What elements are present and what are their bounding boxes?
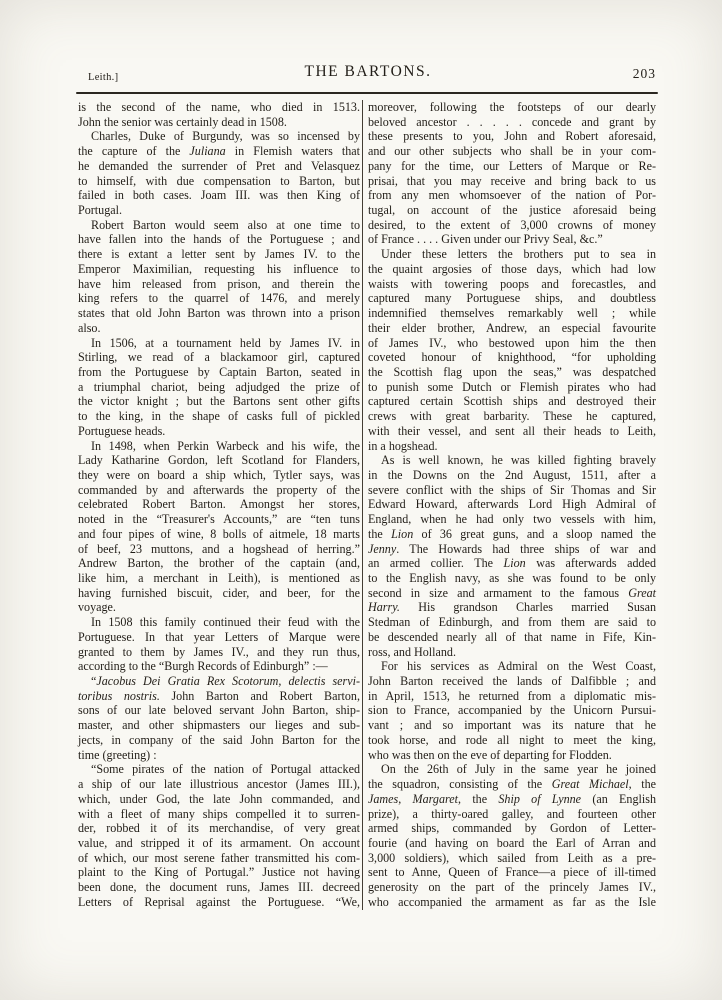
text-line: Portuguese. In that year Letters of Marq… — [78, 630, 360, 645]
paragraph: As is well known, he was killed fighting… — [368, 453, 656, 659]
text-line: waists with towering poops and forecastl… — [368, 277, 656, 292]
text-line: commanded by and afterwards the property… — [78, 483, 360, 498]
text-line: Harry. His grandson Charles married Susa… — [368, 600, 656, 615]
text-line: In 1508 this family continued their feud… — [78, 615, 360, 630]
italic-text: Margaret — [413, 792, 458, 806]
italic-text: Jacobus Dei Gratia Rex Scotorum, delecti… — [96, 674, 360, 688]
text-line: with their vessel, and sent all their he… — [368, 424, 656, 439]
text-line: who accompanied the armament as far as t… — [368, 895, 656, 910]
text-line: a ship of our late illustrious ancestor … — [78, 777, 360, 792]
paragraph: Under these letters the brothers put to … — [368, 247, 656, 453]
text-line: the quaint argosies of those days, which… — [368, 262, 656, 277]
text-line: to the English navy, as she was found to… — [368, 571, 656, 586]
text-line: “Jacobus Dei Gratia Rex Scotorum, delect… — [78, 674, 360, 689]
text-line: have him released from prison, and there… — [78, 277, 360, 292]
paragraph: In 1506, at a tournament held by James I… — [78, 336, 360, 439]
text-line: of which, our most serene father transmi… — [78, 851, 360, 866]
text-line: captured many Portuguese ships, and doub… — [368, 291, 656, 306]
text-line: captured certain Scottish ships and dest… — [368, 394, 656, 409]
text-line: who was then on the eve of departing for… — [368, 748, 656, 763]
header-rule — [76, 92, 658, 94]
text-line: As is well known, he was killed fighting… — [368, 453, 656, 468]
paragraph: “Jacobus Dei Gratia Rex Scotorum, delect… — [78, 674, 360, 762]
paragraph: In 1508 this family continued their feud… — [78, 615, 360, 674]
text-line: moreover, following the footsteps of our… — [368, 100, 656, 115]
text-line: der, robbed it of its merchandise, of ve… — [78, 821, 360, 836]
text-line: the Scottish flag upon the seas,” was de… — [368, 365, 656, 380]
text-line: Under these letters the brothers put to … — [368, 247, 656, 262]
paragraph: For his services as Admiral on the West … — [368, 659, 656, 762]
text-line: plaint to the King of Portugal.” Justice… — [78, 865, 360, 880]
text-line: Lady Katharine Gordon, left Scotland for… — [78, 453, 360, 468]
text-line: ross, and Holland. — [368, 645, 656, 660]
paragraph: Robert Barton would seem also at one tim… — [78, 218, 360, 336]
paragraph: Charles, Duke of Burgundy, was so incens… — [78, 129, 360, 217]
text-line: voyage. — [78, 600, 360, 615]
page-title: THE BARTONS. — [78, 63, 658, 81]
text-line: 3,000 soldiers), which sailed from Leith… — [368, 851, 656, 866]
text-line: from the Portuguese by Captain Barton, s… — [78, 365, 360, 380]
text-line: to himself, with due compensation to Bar… — [78, 174, 360, 189]
text-line: value, and stripped it of its armament. … — [78, 836, 360, 851]
left-column: is the second of the name, who died in 1… — [78, 100, 360, 910]
italic-text: Juliana — [189, 144, 225, 158]
text-line: coveted honour of knighthood, “for uphol… — [368, 350, 656, 365]
text-line: James, Margaret, the Ship of Lynne (an E… — [368, 792, 656, 807]
text-line: desired, to the extent of 3,000 crowns o… — [368, 218, 656, 233]
text-line: John the senior was certainly dead in 15… — [78, 115, 360, 130]
text-line: to the king, in the shape of casks full … — [78, 409, 360, 424]
text-line: an armed collier. The Lion was afterward… — [368, 556, 656, 571]
text-line: England, when he had only two vessels wi… — [368, 512, 656, 527]
text-line: master, and other shipmasters our lieges… — [78, 718, 360, 733]
text-line: of James IV., who bestowed upon him the … — [368, 336, 656, 351]
paragraph: In 1498, when Perkin Warbeck and his wif… — [78, 439, 360, 616]
text-line: toribus nostris. John Barton and Robert … — [78, 689, 360, 704]
text-line: he demanded the surrender of Pret and Ve… — [78, 159, 360, 174]
italic-text: Great — [628, 586, 656, 600]
text-line: John Barton received the lands of Dalfib… — [368, 674, 656, 689]
text-line: states that old John Barton was thrown i… — [78, 306, 360, 321]
text-line: the Lion of 36 great guns, and a sloop n… — [368, 527, 656, 542]
text-line: Letters of Reprisal against the Portugue… — [78, 895, 360, 910]
right-column: moreover, following the footsteps of our… — [368, 100, 656, 910]
column-divider — [362, 100, 363, 910]
text-line: severe conflict with the ships of Sir Th… — [368, 483, 656, 498]
text-line: of France . . . . Given under our Privy … — [368, 232, 656, 247]
text-line: the victor knight ; but the Bartons sent… — [78, 394, 360, 409]
text-line: which, under God, the late John commande… — [78, 792, 360, 807]
italic-text: Lion — [391, 527, 413, 541]
italic-text: Great Michael — [552, 777, 629, 791]
italic-text: Ship of Lynne — [498, 792, 581, 806]
text-line: On the 26th of July in the same year he … — [368, 762, 656, 777]
text-line: to punish some Dutch or Flemish pirates … — [368, 380, 656, 395]
text-line: In 1506, at a tournament held by James I… — [78, 336, 360, 351]
text-line: in April, 1513, he returned from a diplo… — [368, 689, 656, 704]
text-line: second in size and armament to the famou… — [368, 586, 656, 601]
text-line: Andrew Barton, the brother of the captai… — [78, 556, 360, 571]
text-line: indemnified themselves remarkably well ;… — [368, 306, 656, 321]
text-line: be descended nearly all of that name in … — [368, 630, 656, 645]
text-line: Robert Barton would seem also at one tim… — [78, 218, 360, 233]
text-line: Stirling, we read of a blackamoor girl, … — [78, 350, 360, 365]
text-line: Charles, Duke of Burgundy, was so incens… — [78, 129, 360, 144]
text-line: the capture of the Juliana in Flemish wa… — [78, 144, 360, 159]
paragraph: “Some pirates of the nation of Portugal … — [78, 762, 360, 909]
italic-text: Harry. — [368, 600, 400, 614]
book-page: Leith.] THE BARTONS. 203 is the second o… — [0, 0, 722, 1000]
text-line: also. — [78, 321, 360, 336]
text-line: celebrated Robert Barton. Amongst her st… — [78, 497, 360, 512]
text-line: pany for the time, our Letters of Marque… — [368, 159, 656, 174]
text-line: noted in the “Treasurer's Accounts,” are… — [78, 512, 360, 527]
text-line: Jenny. The Howards had three ships of wa… — [368, 542, 656, 557]
text-line: “Some pirates of the nation of Portugal … — [78, 762, 360, 777]
text-line: jects, in company of the said John Barto… — [78, 733, 360, 748]
text-line: according to the “Burgh Records of Edinb… — [78, 659, 360, 674]
text-line: in the Downs on the 2nd August, 1511, af… — [368, 468, 656, 483]
text-line: in a hogshead. — [368, 439, 656, 454]
text-line: fourie (and having on board the Earl of … — [368, 836, 656, 851]
text-line: generosity on the part of the princely J… — [368, 880, 656, 895]
text-line: been done, the document runs, James III.… — [78, 880, 360, 895]
text-line: of beef, 23 muttons, and a hogshead of h… — [78, 542, 360, 557]
text-line: beloved ancestor . . . . . concede and g… — [368, 115, 656, 130]
text-line: crews with great barbarity. These he cap… — [368, 409, 656, 424]
text-line: Portugal. — [78, 203, 360, 218]
text-line: and four pipes of wine, 8 bolls of aitme… — [78, 527, 360, 542]
paragraph: is the second of the name, who died in 1… — [78, 100, 360, 129]
text-line: Portuguese heads. — [78, 424, 360, 439]
text-line: a triumphal chariot, being adjudged the … — [78, 380, 360, 395]
italic-text: Lion — [504, 556, 526, 570]
text-line: Emperor Maximilian, requesting his influ… — [78, 262, 360, 277]
text-line: with a fleet of many ships compelled it … — [78, 807, 360, 822]
text-line: prisai, that you may receive and bring b… — [368, 174, 656, 189]
italic-text: toribus nostris. — [78, 689, 160, 703]
text-line: and our other subjects who shall be in y… — [368, 144, 656, 159]
text-line: time (greeting) : — [78, 748, 360, 763]
paragraph: On the 26th of July in the same year he … — [368, 762, 656, 909]
text-line: sent to Anne, Queen of France—a piece of… — [368, 865, 656, 880]
text-line: sons of our late beloved servant John Ba… — [78, 703, 360, 718]
italic-text: Jenny — [368, 542, 396, 556]
text-line: their elder brother, Andrew, an especial… — [368, 321, 656, 336]
page-number: 203 — [633, 66, 656, 82]
text-line: took horse, and rode all night to meet t… — [368, 733, 656, 748]
text-line: failed in both cases. Joam III. was then… — [78, 188, 360, 203]
paragraph: moreover, following the footsteps of our… — [368, 100, 656, 247]
text-line: king refers to the quarrel of 1476, and … — [78, 291, 360, 306]
text-line: sion to France, accompanied by the Unico… — [368, 703, 656, 718]
text-line: from any men whomsoever of the nation of… — [368, 188, 656, 203]
text-line: there is extant a letter sent by James I… — [78, 247, 360, 262]
text-line: have fallen into the hands of the Portug… — [78, 232, 360, 247]
text-line: the squadron, consisting of the Great Mi… — [368, 777, 656, 792]
text-columns: is the second of the name, who died in 1… — [78, 100, 658, 912]
text-line: For his services as Admiral on the West … — [368, 659, 656, 674]
text-line: In 1498, when Perkin Warbeck and his wif… — [78, 439, 360, 454]
text-line: these presents to you, John and Robert a… — [368, 129, 656, 144]
text-line: like him, a merchant in Leith), is menti… — [78, 571, 360, 586]
text-line: armed ships, commanded by Gordon of Lett… — [368, 821, 656, 836]
text-line: tugal, on account of the justice aforesa… — [368, 203, 656, 218]
italic-text: James — [368, 792, 398, 806]
text-line: having furnished biscuit, cider, and bee… — [78, 586, 360, 601]
text-line: they were on board a ship which, Tytler … — [78, 468, 360, 483]
text-line: is the second of the name, who died in 1… — [78, 100, 360, 115]
text-line: Stedman of Edinburgh, and from them are … — [368, 615, 656, 630]
text-line: Edward Howard, afterwards Lord High Admi… — [368, 497, 656, 512]
text-line: vant ; and so important was its nature t… — [368, 718, 656, 733]
text-line: granted to them by James IV., and they r… — [78, 645, 360, 660]
text-line: prize), a thirty-oared galley, and fourt… — [368, 807, 656, 822]
